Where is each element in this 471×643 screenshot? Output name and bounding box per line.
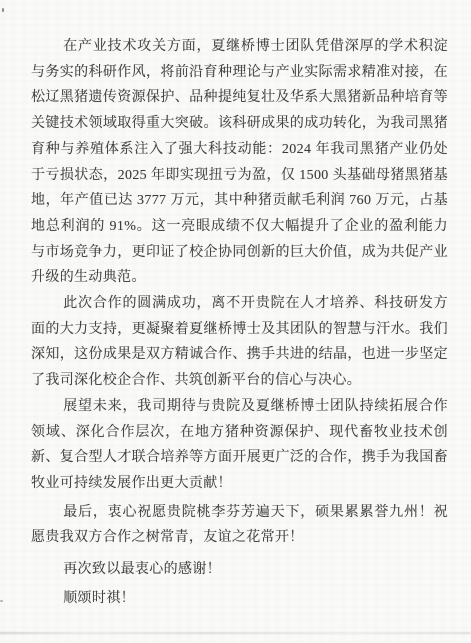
letter-paragraph-industry-breakthrough: 在产业技术攻关方面，夏继桥博士团队凭借深厚的学术积淀与务实的科研作风，将前沿育种… [31,34,448,291]
letter-paragraph-cooperation-success: 此次合作的圆满成功，离不开贵院在人才培养、科技研发方面的大力支持，更凝聚着夏继桥… [31,291,448,394]
page-bottom-edge-shadow [0,632,471,634]
letter-paragraph-thanks: 再次致以最衷心的感谢！ [31,557,448,583]
scan-speck [2,8,4,12]
scan-speck [0,600,3,602]
letter-paragraph-future-outlook: 展望未来，我司期待与贵院及夏继桥博士团队持续拓展合作领域、深化合作层次，在地方猪… [31,394,448,497]
scanned-letter-page: 在产业技术攻关方面，夏继桥博士团队凭借深厚的学术积淀与务实的科研作风，将前沿育种… [0,0,471,643]
letter-paragraph-well-wishes: 最后，衷心祝愿贵院桃李芬芳遍天下，硕果累累誉九州！祝愿贵我双方合作之树常青，友谊… [31,500,448,551]
letter-paragraph-closing-salutation: 顺颂时祺！ [31,586,448,612]
letter-body: 在产业技术攻关方面，夏继桥博士团队凭借深厚的学术积淀与务实的科研作风，将前沿育种… [31,34,448,611]
